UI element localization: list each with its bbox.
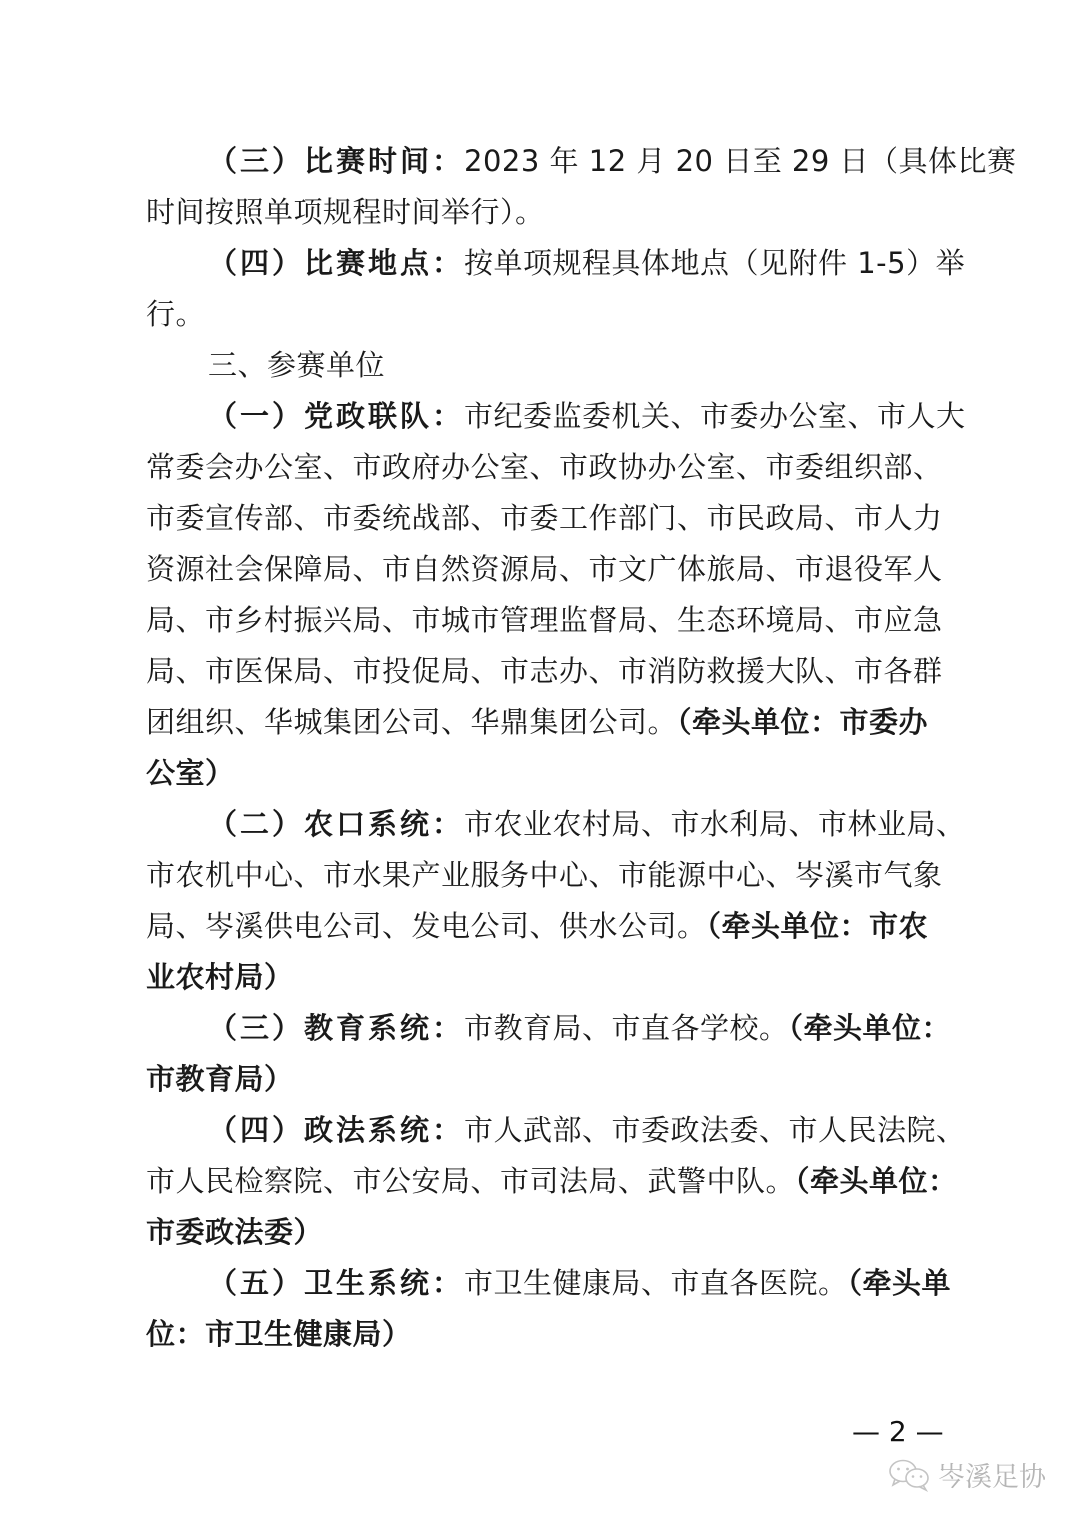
text-line: 业农村局）: [146, 959, 946, 995]
text-line: 局、岑溪供电公司、发电公司、供水公司。（牵头单位：市农: [146, 908, 946, 944]
body-text: 市委宣传部、市委统战部、市委工作部门、市民政局、市人力: [146, 501, 943, 535]
wechat-icon: [888, 1458, 932, 1492]
text-line: 市人民检察院、市公安局、市司法局、武警中队。（牵头单位：: [146, 1163, 946, 1199]
paragraph-health: （五）卫生系统：市卫生健康局、市直各医院。（牵头单: [208, 1265, 1008, 1301]
body-text: 市卫生健康局、市直各医院。: [464, 1266, 848, 1300]
text-line: 市委政法委）: [146, 1214, 946, 1250]
body-text: 局、岑溪供电公司、发电公司、供水公司。: [146, 909, 707, 943]
text-line: 时间按照单项规程时间举行）。: [146, 194, 946, 230]
body-text: 资源社会保障局、市自然资源局、市文广体旅局、市退役军人: [146, 552, 943, 586]
section-heading-participants: 三、参赛单位: [208, 347, 1008, 383]
paragraph-match-venue: （四）比赛地点：按单项规程具体地点（见附件 1-5）举: [208, 245, 1008, 281]
body-text: 局、市乡村振兴局、市城市管理监督局、生态环境局、市应急: [146, 603, 943, 637]
lead-unit-text: 业农村局）: [146, 960, 294, 994]
lead-unit-text: （牵头单位：市农: [707, 909, 929, 943]
text-line: 市农机中心、市水果产业服务中心、市能源中心、岑溪市气象: [146, 857, 946, 893]
text-line: 局、市医保局、市投促局、市志办、市消防救援大队、市各群: [146, 653, 946, 689]
item-heading: （一）党政联队：: [208, 399, 464, 433]
body-text: 市人民检察院、市公安局、市司法局、武警中队。: [146, 1164, 795, 1198]
text-line: 常委会办公室、市政府办公室、市政协办公室、市委组织部、: [146, 449, 946, 485]
text-line: 市委宣传部、市委统战部、市委工作部门、市民政局、市人力: [146, 500, 946, 536]
text-line: 团组织、华城集团公司、华鼎集团公司。（牵头单位：市委办: [146, 704, 946, 740]
lead-unit-text: 市教育局）: [146, 1062, 294, 1096]
lead-unit-text: （牵头单位：: [795, 1164, 958, 1198]
paragraph-agriculture: （二）农口系统：市农业农村局、市水利局、市林业局、: [208, 806, 1008, 842]
body-text: 按单项规程具体地点（见附件 1-5）举: [464, 246, 965, 280]
item-heading: （二）农口系统：: [208, 807, 464, 841]
section-title: 三、参赛单位: [208, 348, 385, 382]
text-line: 局、市乡村振兴局、市城市管理监督局、生态环境局、市应急: [146, 602, 946, 638]
paragraph-match-time: （三）比赛时间：2023 年 12 月 20 日至 29 日（具体比赛: [208, 143, 1008, 179]
item-heading: （三）教育系统：: [208, 1011, 464, 1045]
text-line: 公室）: [146, 755, 946, 791]
text-line: 位：市卫生健康局）: [146, 1316, 946, 1352]
lead-unit-text: （牵头单: [848, 1266, 952, 1300]
item-heading: （四）比赛地点：: [208, 246, 464, 280]
body-text: 行。: [146, 297, 205, 331]
body-text: 市农业农村局、市水利局、市林业局、: [464, 807, 966, 841]
document-page: （三）比赛时间：2023 年 12 月 20 日至 29 日（具体比赛 时间按照…: [0, 0, 1080, 1526]
lead-unit-text: 位：市卫生健康局）: [146, 1317, 412, 1351]
lead-unit-text: 市委政法委）: [146, 1215, 323, 1249]
paragraph-political-legal: （四）政法系统：市人武部、市委政法委、市人民法院、: [208, 1112, 1008, 1148]
body-text: 市教育局、市直各学校。: [464, 1011, 789, 1045]
page-number: — 2 —: [852, 1414, 944, 1450]
body-text: 团组织、华城集团公司、华鼎集团公司。: [146, 705, 677, 739]
item-heading: （五）卫生系统：: [208, 1266, 464, 1300]
lead-unit-text: （牵头单位：市委办: [677, 705, 928, 739]
watermark: 岑溪足协: [888, 1455, 1046, 1494]
text-line: 市教育局）: [146, 1061, 946, 1097]
watermark-label: 岑溪足协: [938, 1455, 1046, 1494]
lead-unit-text: （牵头单位：: [789, 1011, 952, 1045]
paragraph-party-government: （一）党政联队：市纪委监委机关、市委办公室、市人大: [208, 398, 1008, 434]
body-text: 时间按照单项规程时间举行）。: [146, 195, 545, 229]
body-text: 市人武部、市委政法委、市人民法院、: [464, 1113, 966, 1147]
body-text: 常委会办公室、市政府办公室、市政协办公室、市委组织部、: [146, 450, 943, 484]
body-text: 局、市医保局、市投促局、市志办、市消防救援大队、市各群: [146, 654, 943, 688]
item-heading: （四）政法系统：: [208, 1113, 464, 1147]
body-text: 市农机中心、市水果产业服务中心、市能源中心、岑溪市气象: [146, 858, 943, 892]
text-line: 资源社会保障局、市自然资源局、市文广体旅局、市退役军人: [146, 551, 946, 587]
body-text: 市纪委监委机关、市委办公室、市人大: [464, 399, 966, 433]
item-heading: （三）比赛时间：: [208, 144, 464, 178]
body-text: 2023 年 12 月 20 日至 29 日（具体比赛: [464, 144, 1017, 178]
lead-unit-text: 公室）: [146, 756, 235, 790]
paragraph-education: （三）教育系统：市教育局、市直各学校。（牵头单位：: [208, 1010, 1008, 1046]
text-line: 行。: [146, 296, 946, 332]
